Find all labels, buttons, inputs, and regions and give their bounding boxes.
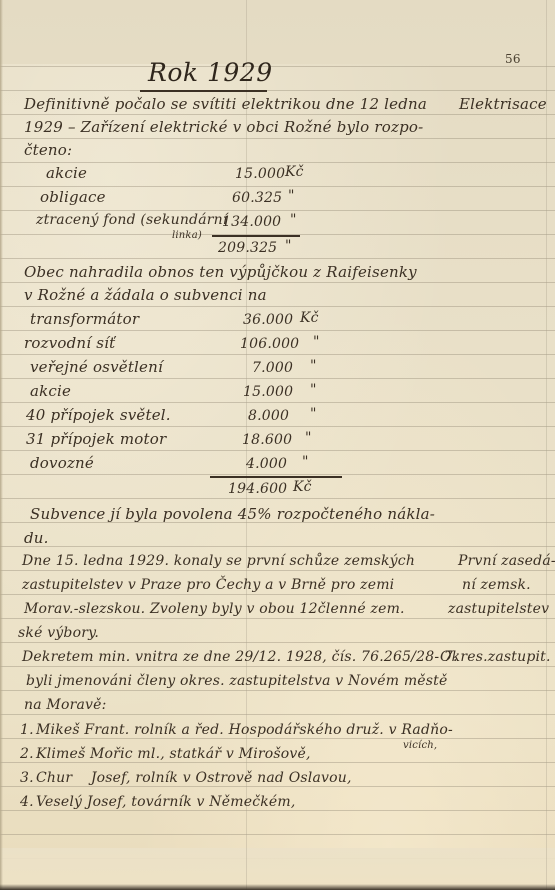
loan-unit: ": [305, 430, 312, 446]
margin-note-council-3: zastupitelstev: [448, 601, 549, 617]
text-line: byli jmenováni členy okres. zastupitelst…: [26, 673, 448, 689]
page-top-margin: [0, 0, 555, 64]
loan-unit: ": [313, 334, 320, 350]
budget-item-note: linka): [172, 230, 202, 241]
budget-amount: 134.000: [222, 214, 281, 230]
budget-item: akcie: [46, 164, 87, 182]
loan-amount: 7.000: [252, 360, 293, 376]
page-left-edge: [0, 0, 3, 890]
loan-item: 40 přípojek světel.: [26, 406, 171, 424]
loan-item: transformátor: [30, 310, 139, 328]
loan-amount: 36.000: [243, 312, 293, 328]
margin-note-electrification: Elektrisace: [459, 95, 547, 113]
text-line: ské výbory.: [18, 625, 99, 641]
member-number: 2.: [20, 746, 34, 762]
member-entry-continuation: vicích,: [403, 740, 437, 751]
text-line: Dekretem min. vnitra ze dne 29/12. 1928,…: [22, 649, 458, 665]
loan-total-unit: Kč: [293, 479, 312, 495]
loan-amount: 4.000: [246, 456, 287, 472]
budget-total-unit: ": [285, 238, 292, 254]
ledger-page: 56 Rok 1929 Definitivně počalo se svítit…: [0, 0, 555, 890]
text-line: Subvence jí byla povolena 45% rozpočtené…: [30, 505, 435, 523]
loan-amount: 15.000: [243, 384, 293, 400]
sum-line: [212, 235, 300, 237]
loan-amount: 18.600: [242, 432, 292, 448]
text-line: zastupitelstev v Praze pro Čechy a v Brn…: [22, 577, 394, 593]
loan-amount: 106.000: [240, 336, 299, 352]
loan-item: akcie: [30, 382, 71, 400]
budget-total: 209.325: [218, 240, 277, 256]
loan-unit: Kč: [300, 310, 319, 326]
loan-unit: ": [310, 406, 317, 422]
loan-item: dovozné: [30, 454, 94, 472]
text-line: Definitivně počalo se svítiti elektrikou…: [24, 95, 427, 113]
budget-unit: Kč: [285, 164, 304, 180]
margin-note-council-2: ní zemsk.: [462, 577, 531, 593]
member-number: 4.: [20, 794, 34, 810]
budget-item: obligace: [40, 188, 106, 206]
loan-unit: ": [302, 454, 309, 470]
loan-total: 194.600: [228, 481, 287, 497]
page-number: 56: [505, 52, 521, 66]
loan-amount: 8.000: [248, 408, 289, 424]
text-line: v Rožné a žádala o subvenci na: [24, 286, 267, 304]
loan-unit: ": [310, 358, 317, 374]
budget-unit: ": [288, 188, 295, 204]
margin-note-council: První zasedá-: [458, 553, 555, 569]
budget-amount: 60.325: [232, 190, 282, 206]
loan-unit: ": [310, 382, 317, 398]
budget-amount: 15.000: [235, 166, 285, 182]
text-line: 1929 – Zařízení elektrické v obci Rožné …: [24, 118, 423, 136]
member-number: 3.: [20, 770, 34, 786]
member-entry: Mikeš Frant. rolník a řed. Hospodářského…: [36, 722, 453, 738]
title-underline: [140, 90, 267, 92]
margin-note-district: Okres.zastupit.: [440, 649, 551, 665]
member-entry: Chur Josef, rolník v Ostrově nad Oslavou…: [36, 770, 352, 786]
loan-item: 31 přípojek motor: [26, 430, 166, 448]
text-line: du.: [24, 529, 49, 547]
text-line: Dne 15. ledna 1929. konaly se první schů…: [22, 553, 415, 569]
text-line: Morav.-slezskou. Zvoleny byly v obou 12č…: [24, 601, 405, 617]
loan-item: rozvodní síť: [24, 334, 115, 352]
budget-item: ztracený fond (sekundární: [36, 212, 228, 228]
budget-unit: ": [290, 212, 297, 228]
sum-line: [210, 476, 342, 478]
member-entry: Klimeš Mořic ml., statkář v Mirošově,: [36, 746, 311, 762]
text-line: čteno:: [24, 141, 72, 159]
text-line: Obec nahradila obnos ten výpůjčkou z Rai…: [24, 263, 417, 281]
loan-item: veřejné osvětlení: [30, 358, 163, 376]
member-entry: Veselý Josef, továrník v Němečkém,: [36, 794, 296, 810]
page-bottom-edge: [0, 884, 555, 890]
page-title: Rok 1929: [148, 58, 273, 87]
right-margin-line: [546, 0, 547, 890]
text-line: na Moravě:: [24, 697, 107, 713]
member-number: 1.: [20, 722, 34, 738]
